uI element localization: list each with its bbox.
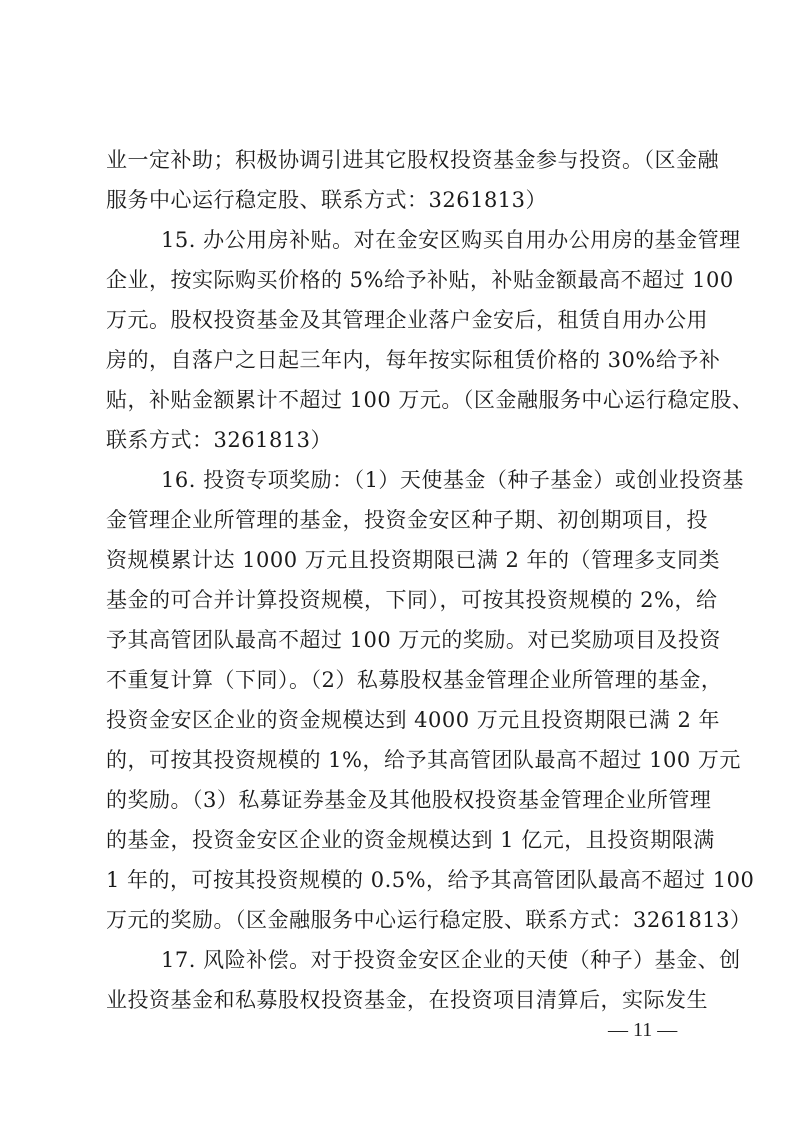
text-line: 业投资基金和私募股权投资基金，在投资项目清算后，实际发生	[106, 980, 690, 1020]
text-line: 予其高管团队最高不超过 100 万元的奖励。对已奖励项目及投资	[106, 620, 690, 660]
page-number: — 11 —	[608, 1016, 677, 1044]
text-line: 服务中心运行稳定股、联系方式：3261813）	[106, 180, 690, 220]
text-line: 的奖励。（3）私募证券基金及其他股权投资基金管理企业所管理	[106, 780, 690, 820]
text-line: 房的，自落户之日起三年内，每年按实际租赁价格的 30%给予补	[106, 340, 690, 380]
text-line: 贴，补贴金额累计不超过 100 万元。（区金融服务中心运行稳定股、	[106, 380, 690, 420]
text-line: 不重复计算（下同）。（2）私募股权基金管理企业所管理的基金，	[106, 660, 690, 700]
text-line: 业一定补助；积极协调引进其它股权投资基金参与投资。（区金融	[106, 140, 690, 180]
body-text: 业一定补助；积极协调引进其它股权投资基金参与投资。（区金融 服务中心运行稳定股、…	[106, 140, 690, 1020]
section-16-heading-line: 16. 投资专项奖励：（1）天使基金（种子基金）或创业投资基	[106, 460, 690, 500]
text-line: 万元。股权投资基金及其管理企业落户金安后，租赁自用办公用	[106, 300, 690, 340]
text-line: 资规模累计达 1000 万元且投资期限已满 2 年的（管理多支同类	[106, 540, 690, 580]
text-line: 的基金，投资金安区企业的资金规模达到 1 亿元，且投资期限满	[106, 820, 690, 860]
document-page: 业一定补助；积极协调引进其它股权投资基金参与投资。（区金融 服务中心运行稳定股、…	[0, 0, 793, 1122]
text-line: 企业，按实际购买价格的 5%给予补贴，补贴金额最高不超过 100	[106, 260, 690, 300]
section-15-heading-line: 15. 办公用房补贴。对在金安区购买自用办公用房的基金管理	[106, 220, 690, 260]
text-line: 1 年的，可按其投资规模的 0.5%，给予其高管团队最高不超过 100	[106, 860, 690, 900]
text-line: 的，可按其投资规模的 1%，给予其高管团队最高不超过 100 万元	[106, 740, 690, 780]
text-line: 投资金安区企业的资金规模达到 4000 万元且投资期限已满 2 年	[106, 700, 690, 740]
text-line: 万元的奖励。（区金融服务中心运行稳定股、联系方式：3261813）	[106, 900, 690, 940]
section-17-heading-line: 17. 风险补偿。对于投资金安区企业的天使（种子）基金、创	[106, 940, 690, 980]
text-line: 联系方式：3261813）	[106, 420, 690, 460]
text-line: 基金的可合并计算投资规模，下同），可按其投资规模的 2%，给	[106, 580, 690, 620]
text-line: 金管理企业所管理的基金，投资金安区种子期、初创期项目，投	[106, 500, 690, 540]
